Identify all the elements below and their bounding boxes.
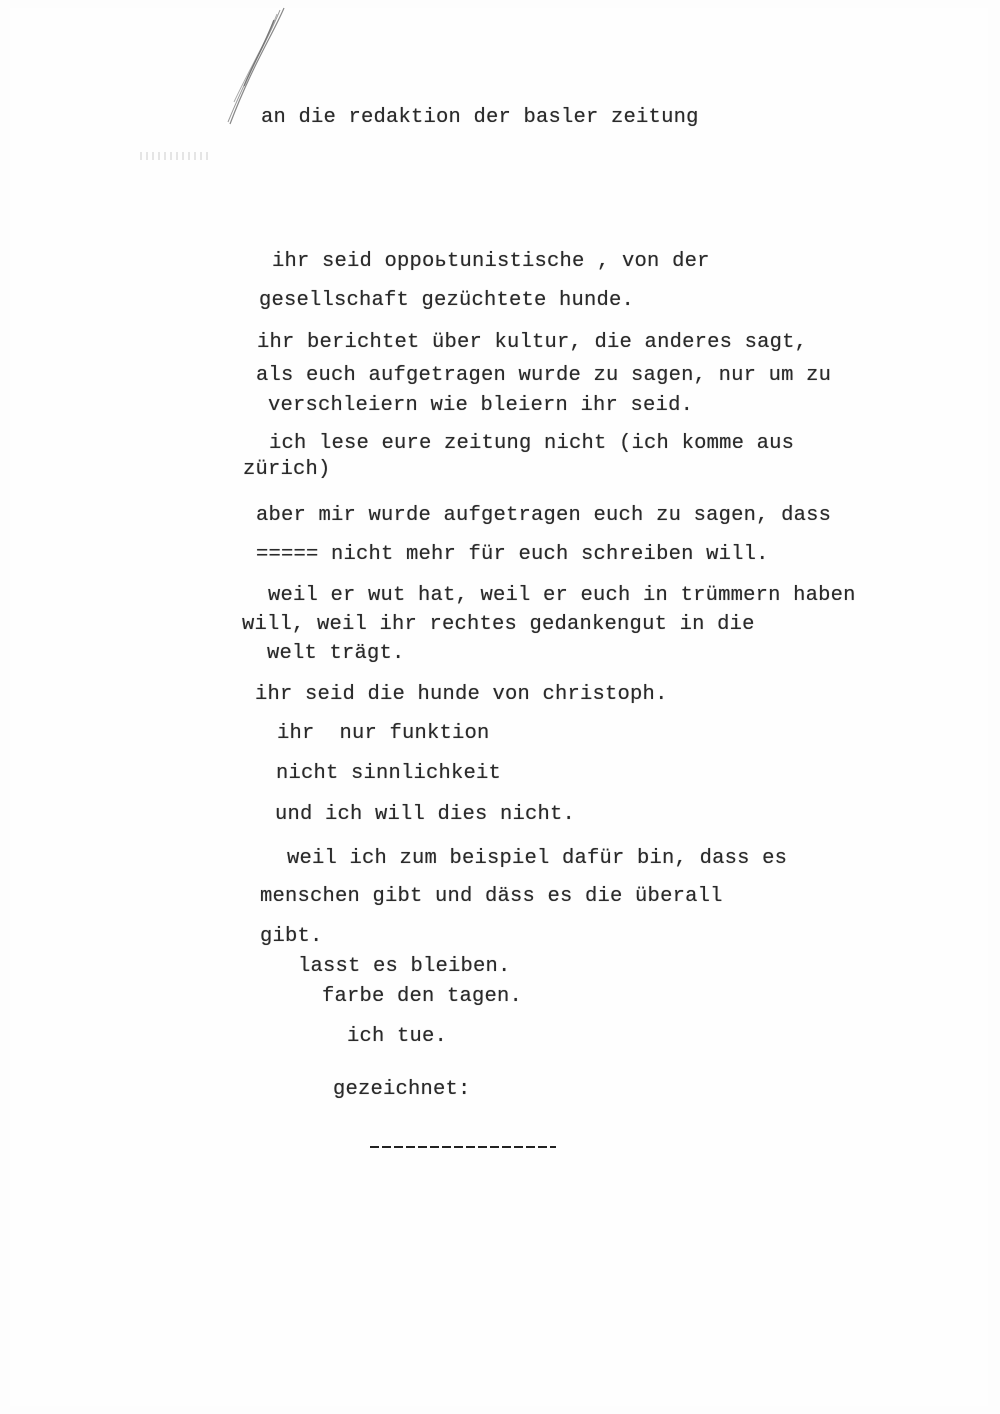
- letter-line: nicht sinnlichkeit: [276, 762, 501, 785]
- letter-line: ===== nicht mehr für euch schreiben will…: [256, 543, 769, 566]
- letter-line: gibt.: [260, 925, 323, 948]
- letter-line: verschleiern wie bleiern ihr seid.: [268, 394, 693, 417]
- letter-line: welt trägt.: [267, 642, 405, 665]
- letter-line: weil ich zum beispiel dafür bin, dass es: [287, 847, 787, 870]
- letter-line: aber mir wurde aufgetragen euch zu sagen…: [256, 504, 831, 527]
- letter-line: als euch aufgetragen wurde zu sagen, nur…: [256, 364, 831, 387]
- letter-line: ich lese eure zeitung nicht (ich komme a…: [269, 432, 794, 455]
- letter-page: [10, 8, 988, 1406]
- letter-line: ich tue.: [347, 1025, 447, 1048]
- letter-line: zürich): [243, 458, 331, 481]
- scan-smudge: [140, 152, 210, 160]
- signature-line: [370, 1146, 556, 1148]
- signature-label: gezeichnet:: [333, 1078, 471, 1101]
- letter-line: und ich will dies nicht.: [275, 803, 575, 826]
- letter-line: ihr berichtet über kultur, die anderes s…: [257, 331, 807, 354]
- address-line: an die redaktion der basler zeitung: [261, 106, 699, 129]
- letter-line: ihr nur funktion: [277, 722, 490, 745]
- letter-line: menschen gibt und däss es die überall: [260, 885, 723, 908]
- letter-line: ihr seid die hunde von christoph.: [255, 683, 668, 706]
- letter-line: will, weil ihr rechtes gedankengut in di…: [242, 613, 755, 636]
- letter-line: ihr seid oppoьtunistische , von der: [272, 250, 710, 273]
- letter-line: farbe den tagen.: [322, 985, 522, 1008]
- letter-line: gesellschaft gezüchtete hunde.: [259, 289, 634, 312]
- letter-line: lasst es bleiben.: [298, 955, 511, 978]
- letter-line: weil er wut hat, weil er euch in trümmer…: [268, 584, 856, 607]
